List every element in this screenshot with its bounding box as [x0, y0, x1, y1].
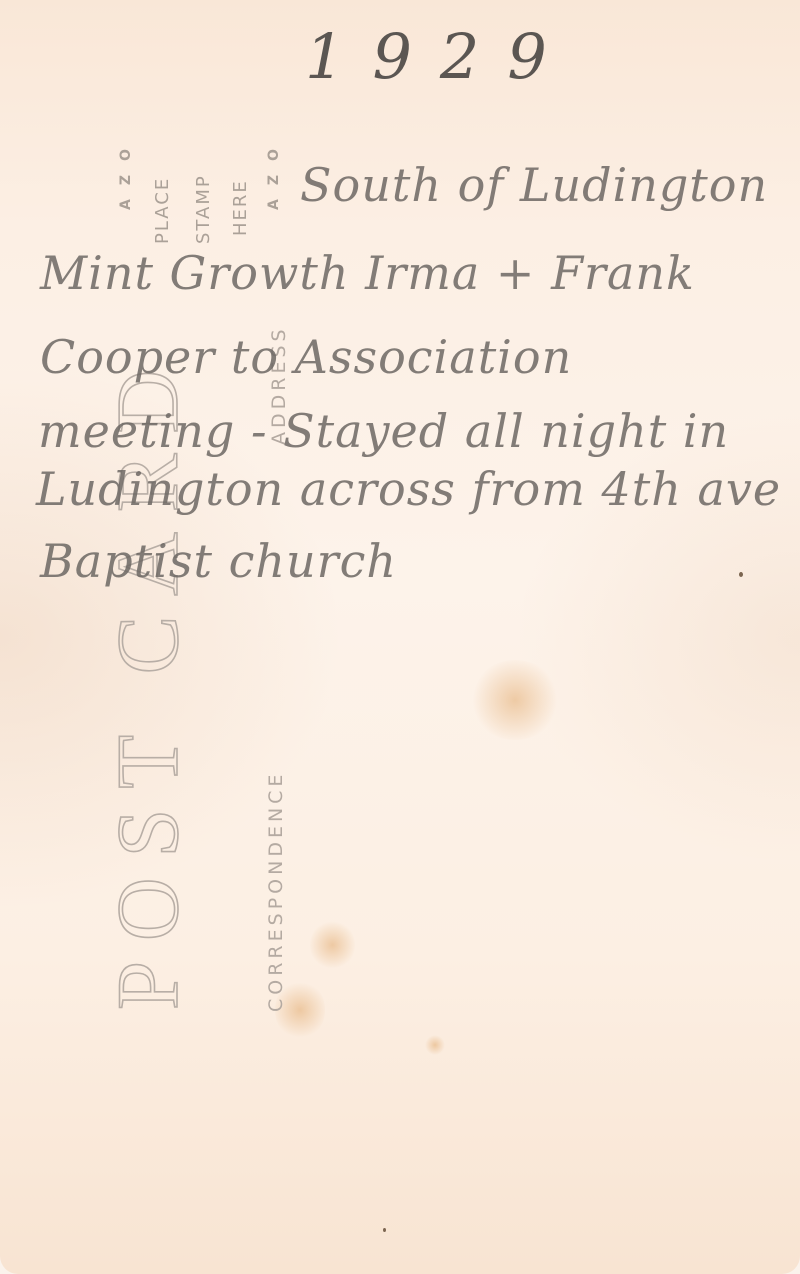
ink-speck	[739, 572, 743, 577]
handwritten-year: 1929	[305, 20, 575, 93]
postcard-back: POST CARD AZO PLACE STAMP HERE AZO ADDRE…	[0, 0, 800, 1274]
foxing-stain	[470, 660, 560, 740]
ink-speck	[383, 1228, 386, 1232]
stamp-border-brand-right: AZO	[266, 135, 282, 210]
stamp-box-line-1: PLACE	[152, 177, 173, 244]
handwritten-line-3: Cooper to Association	[40, 330, 572, 384]
stamp-box-line-3: HERE	[230, 179, 251, 236]
handwritten-line-6: Baptist church	[40, 534, 397, 588]
handwritten-line-4: meeting - Stayed all night in	[38, 404, 729, 458]
correspondence-label: CORRESPONDENCE	[265, 771, 287, 1012]
handwritten-line-1: South of Ludington	[300, 158, 768, 212]
stamp-border-brand-left: AZO	[118, 135, 134, 210]
foxing-stain	[425, 1035, 445, 1055]
stamp-box-line-2: STAMP	[193, 174, 214, 244]
handwritten-line-2: Mint Growth Irma + Frank	[40, 246, 695, 300]
foxing-stain	[310, 920, 355, 970]
handwritten-line-5: Ludington across from 4th ave	[36, 462, 781, 516]
